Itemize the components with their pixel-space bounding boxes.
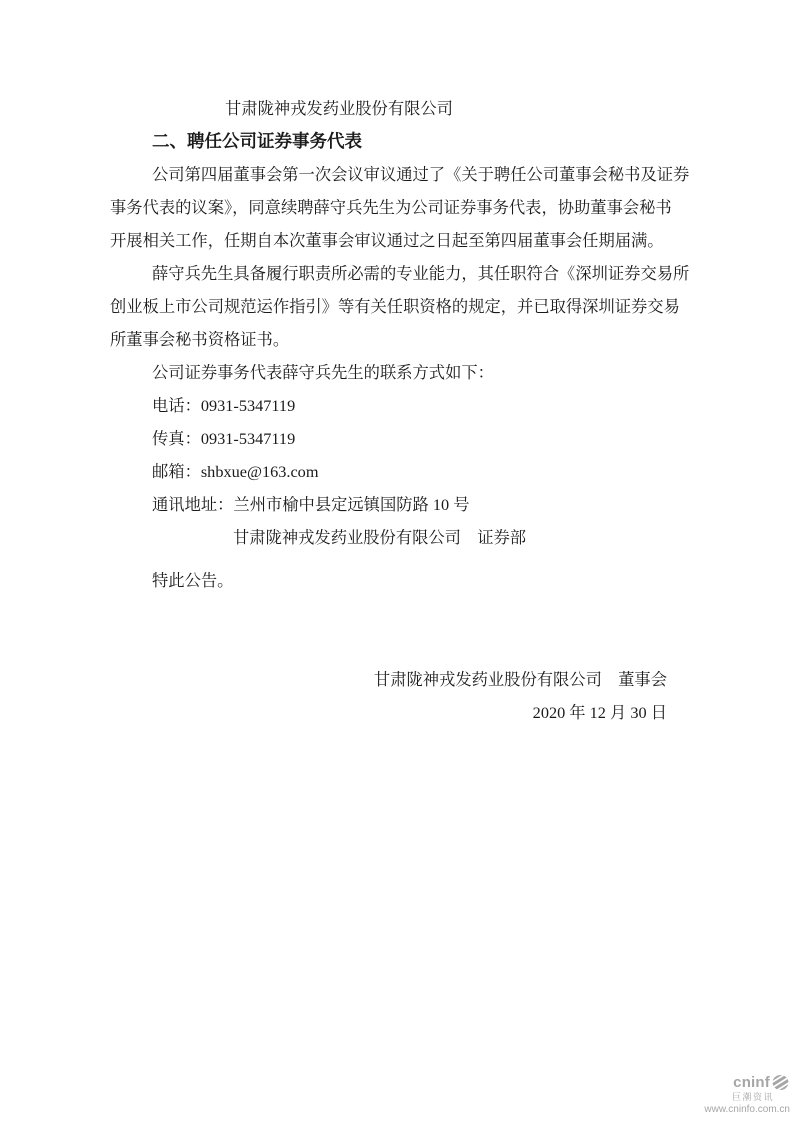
contact-phone-line: 电话：0931-5347119 [110,389,685,422]
contact-fax-line: 传真：0931-5347119 [110,422,685,455]
contact-address-line: 通讯地址：兰州市榆中县定远镇国防路 10 号 [110,488,685,521]
paragraph2-line-1: 薛守兵先生具备履行职责所必需的专业能力，其任职符合《深圳证券交易所 [110,257,685,290]
paragraph1-line-3: 开展相关工作，任期自本次董事会审议通过之日起至第四届董事会任期届满。 [110,224,685,257]
paragraph1-line-1: 公司第四届董事会第一次会议审议通过了《关于聘任公司董事会秘书及证券 [110,158,685,191]
paragraph2-line-3: 所董事会秘书资格证书。 [110,323,685,356]
document-page: 甘肃陇神戎发药业股份有限公司 二、聘任公司证券事务代表 公司第四届董事会第一次会… [0,0,793,1122]
closing-line: 特此公告。 [110,564,685,597]
paragraph2-line-2: 创业板上市公司规范运作指引》等有关任职资格的规定，并已取得深圳证券交易 [110,290,685,323]
contact-email-line: 邮箱：shbxue@163.com [110,455,685,488]
cninfo-brand-text: cninf [733,1075,770,1090]
signature-date-line: 2020 年 12 月 30 日 [110,696,667,729]
contact-department-line: 甘肃陇神戎发药业股份有限公司 证券部 [110,521,685,554]
paragraph1-line-2: 事务代表的议案》，同意续聘薛守兵先生为公司证券事务代表，协助董事会秘书 [110,191,685,224]
cninfo-site-name-cn: 巨潮资讯 [698,1093,790,1102]
cninfo-swirl-icon [771,1074,790,1091]
signature-company-line: 甘肃陇神戎发药业股份有限公司 董事会 [110,663,667,696]
company-name-continuation-line: 甘肃陇神戎发药业股份有限公司 [110,92,685,125]
cninfo-site-url: www.cninfo.com.cn [698,1105,790,1115]
cninfo-brand-row: cninf [698,1074,790,1091]
contact-intro-line: 公司证券事务代表薛守兵先生的联系方式如下： [110,356,685,389]
signature-block: 甘肃陇神戎发药业股份有限公司 董事会 2020 年 12 月 30 日 [110,663,685,729]
section-heading: 二、聘任公司证券事务代表 [110,125,685,158]
cninfo-watermark: cninf 巨潮资讯 www.cninfo.com.cn [698,1074,790,1115]
